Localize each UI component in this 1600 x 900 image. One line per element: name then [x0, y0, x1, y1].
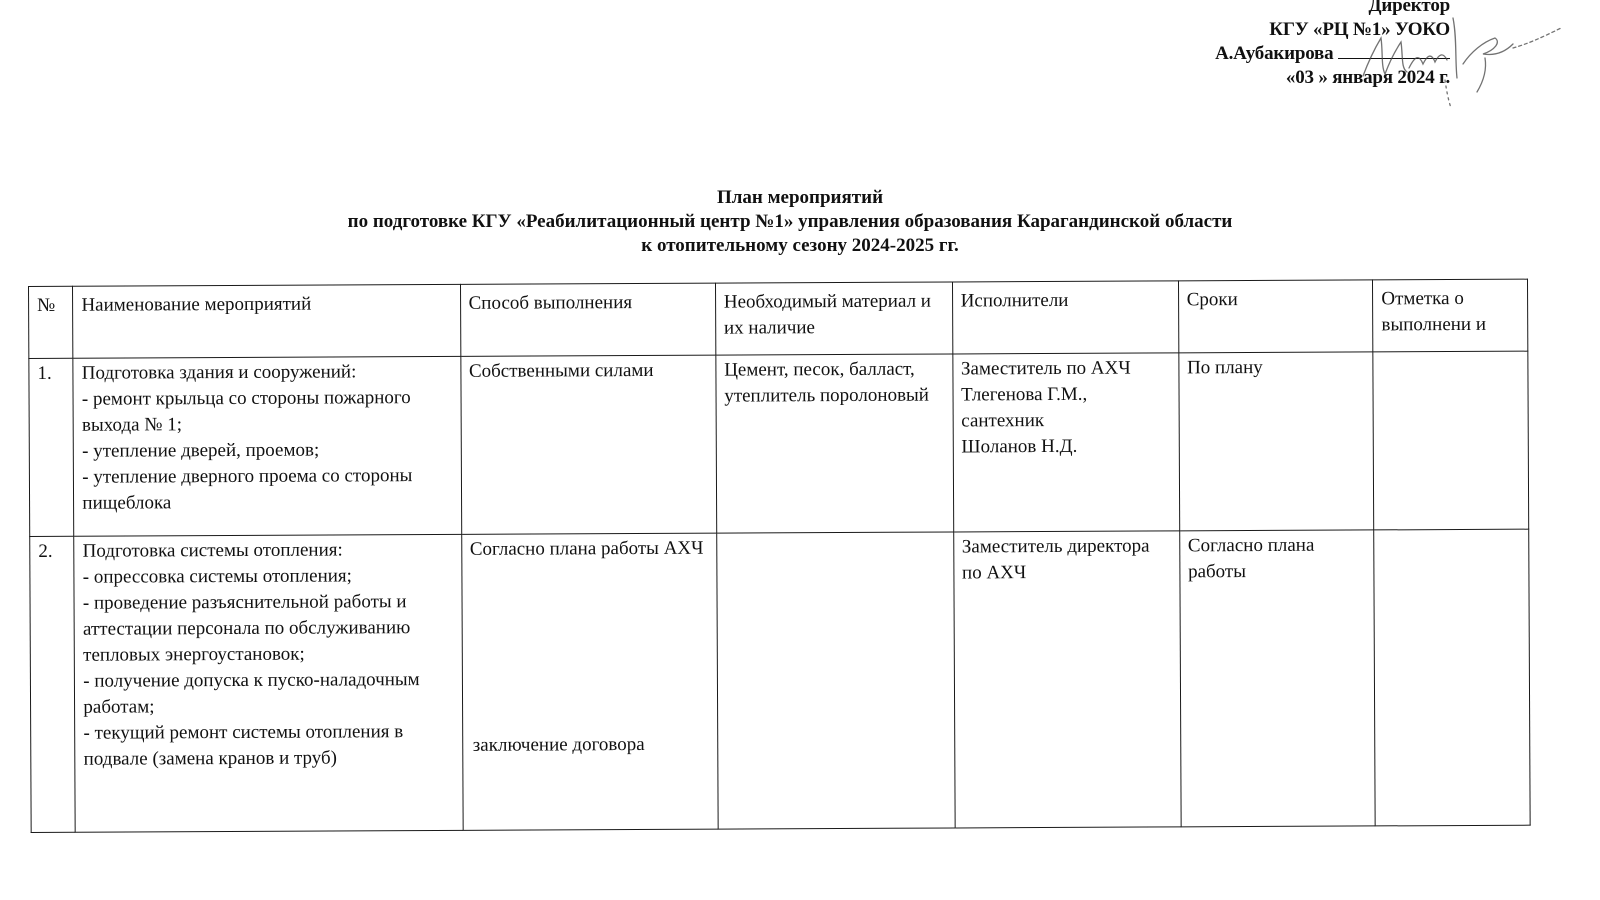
header-method: Способ выполнения [460, 283, 716, 356]
executors: Заместитель по АХЧ Тлегенова Г.М., санте… [952, 353, 1179, 532]
header-materials: Необходимый материал и их наличие [715, 282, 952, 355]
terms: По плану [1178, 352, 1374, 531]
title-line-1: План мероприятий [0, 186, 1600, 210]
header-completion-mark: Отметка о выполнени и [1373, 279, 1528, 352]
table-row: 2. Подготовка системы отопления: - опрес… [30, 529, 1530, 832]
completion-mark [1374, 529, 1530, 826]
method: Собственными силами [460, 355, 716, 534]
document-title: План мероприятий по подготовке КГУ «Реаб… [0, 186, 1600, 258]
header-number: № [29, 286, 74, 358]
completion-mark [1373, 351, 1529, 530]
activities-plan-table: № Наименование мероприятий Способ выполн… [28, 279, 1531, 833]
materials: Цемент, песок, балласт, утеплитель порол… [716, 354, 954, 533]
signature-underline [1338, 44, 1450, 59]
table-header-row: № Наименование мероприятий Способ выполн… [29, 279, 1528, 358]
title-line-2: по подготовке КГУ «Реабилитационный цент… [0, 210, 1600, 234]
approval-signatory: А.Аубакирова [1215, 43, 1333, 64]
table-row: 1. Подготовка здания и сооружений: - рем… [29, 351, 1529, 536]
executors: Заместитель директора по АХЧ [953, 531, 1180, 828]
row-number: 1. [29, 358, 74, 536]
approval-block: Директор КГУ «РЦ №1» УОКО А.Аубакирова «… [1215, 0, 1450, 90]
activity-name: Подготовка системы отопления: - опрессов… [74, 534, 463, 832]
row-number: 2. [30, 536, 76, 832]
approval-date: «03 » января 2024 г. [1215, 66, 1450, 90]
header-executors: Исполнители [952, 281, 1178, 354]
approval-signatory-line: А.Аубакирова [1215, 42, 1450, 66]
approval-organization: КГУ «РЦ №1» УОКО [1215, 18, 1450, 42]
method: Согласно плана работы АХЧ [470, 536, 708, 563]
header-terms: Сроки [1178, 280, 1373, 353]
terms: Согласно плана работы [1179, 530, 1375, 827]
method-extra: заключение договора [473, 732, 645, 759]
materials [716, 532, 954, 829]
activity-name: Подготовка здания и сооружений: - ремонт… [73, 356, 461, 536]
method-cell: Согласно плана работы АХЧ заключение дог… [461, 533, 718, 830]
title-line-3: к отопительному сезону 2024-2025 гг. [0, 234, 1600, 258]
header-activity-name: Наименование мероприятий [73, 284, 461, 358]
approval-position: Директор [1215, 0, 1450, 18]
